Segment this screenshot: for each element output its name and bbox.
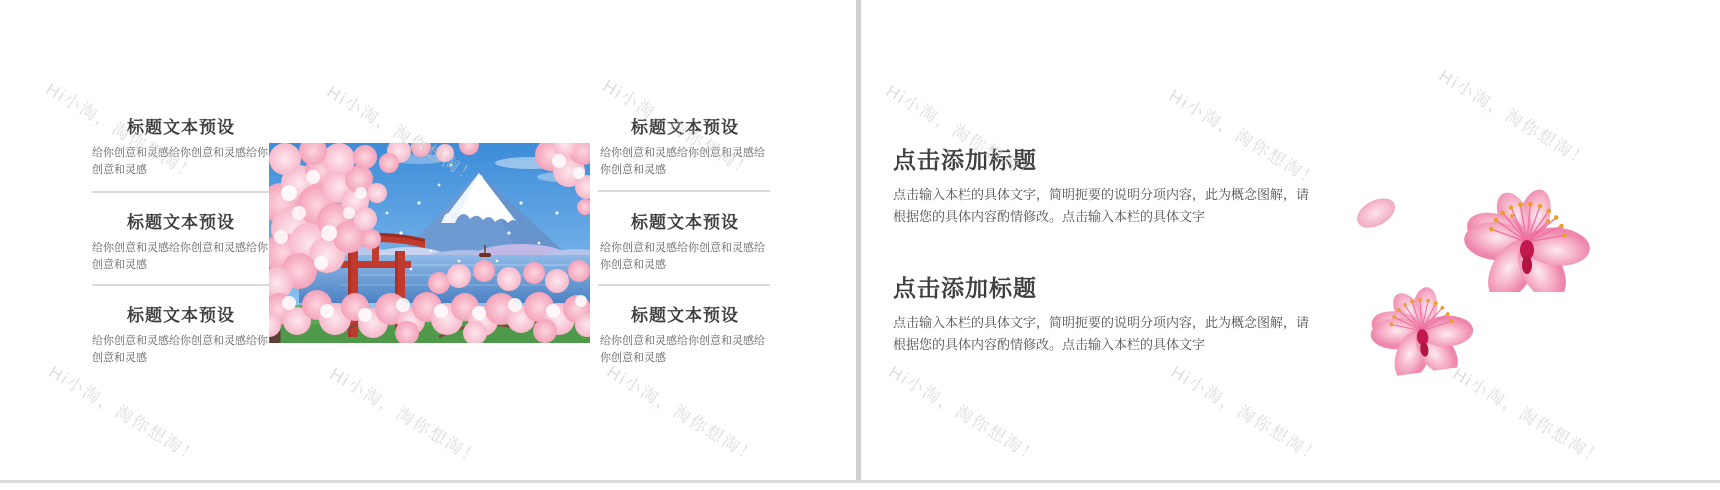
divider-line [92,191,270,193]
section-title: 点击添加标题 [893,274,1323,304]
section-body: 点击输入本栏的具体文字，简明扼要的说明分项内容，此为概念图解，请根据您的具体内容… [893,184,1317,228]
block-title: 标题文本预设 [92,306,270,326]
divider-line [92,284,270,286]
feature-block: 标题文本预设 给你创意和灵感给你创意和灵感给你创意和灵感 [600,306,770,366]
block-body: 给你创意和灵感给你创意和灵感给你创意和灵感 [600,240,770,273]
preview-bottom-border [0,480,1720,483]
block-title: 标题文本预设 [600,118,770,138]
section-title: 点击添加标题 [893,146,1323,176]
sakura-flower-small [1354,272,1488,380]
feature-block: 标题文本预设 给你创意和灵感给你创意和灵感给你创意和灵感 [92,213,270,273]
slide-separator [856,0,861,482]
sakura-petal [1352,194,1400,232]
watermark-text: Hi小淘，淘你想淘！ [1449,360,1609,470]
block-title: 标题文本预设 [600,213,770,233]
block-title: 标题文本预设 [92,213,270,233]
watermark-text: Hi小淘，淘你想淘！ [1167,358,1327,468]
divider-line [598,190,770,192]
watermark-text: Hi小淘，淘你想淘！ [1435,62,1595,172]
watermark-text: Hi小淘，淘你想淘！ [603,358,763,468]
divider-line [598,284,770,286]
content-section: 点击添加标题 点击输入本栏的具体文字，简明扼要的说明分项内容，此为概念图解，请根… [893,274,1323,356]
block-body: 给你创意和灵感给你创意和灵感给你创意和灵感 [92,333,270,366]
feature-block: 标题文本预设 给你创意和灵感给你创意和灵感给你创意和灵感 [600,213,770,273]
watermark-text: Hi小淘，淘你想淘！ [326,360,486,470]
block-title: 标题文本预设 [600,306,770,326]
block-body: 给你创意和灵感给你创意和灵感给你创意和灵感 [600,333,770,366]
section-body: 点击输入本栏的具体文字，简明扼要的说明分项内容，此为概念图解，请根据您的具体内容… [893,312,1317,356]
feature-block: 标题文本预设 给你创意和灵感给你创意和灵感给你创意和灵感 [92,306,270,366]
block-body: 给你创意和灵感给你创意和灵感给你创意和灵感 [600,145,770,178]
feature-block: 标题文本预设 给你创意和灵感给你创意和灵感给你创意和灵感 [92,118,270,178]
watermark-text: Hi小淘，淘你想淘！ [885,358,1045,468]
content-section: 点击添加标题 点击输入本栏的具体文字，简明扼要的说明分项内容，此为概念图解，请根… [893,146,1323,228]
watermark-text: Hi小淘，淘你想淘！ [45,358,205,468]
block-body: 给你创意和灵感给你创意和灵感给你创意和灵感 [92,240,270,273]
block-title: 标题文本预设 [92,118,270,138]
fuji-torii-sakura-illustration [269,143,590,343]
feature-block: 标题文本预设 给你创意和灵感给你创意和灵感给你创意和灵感 [600,118,770,178]
presentation-preview: { "watermark": { "text": "Hi小淘，淘你想淘！", "… [0,0,1720,490]
block-body: 给你创意和灵感给你创意和灵感给你创意和灵感 [92,145,270,178]
